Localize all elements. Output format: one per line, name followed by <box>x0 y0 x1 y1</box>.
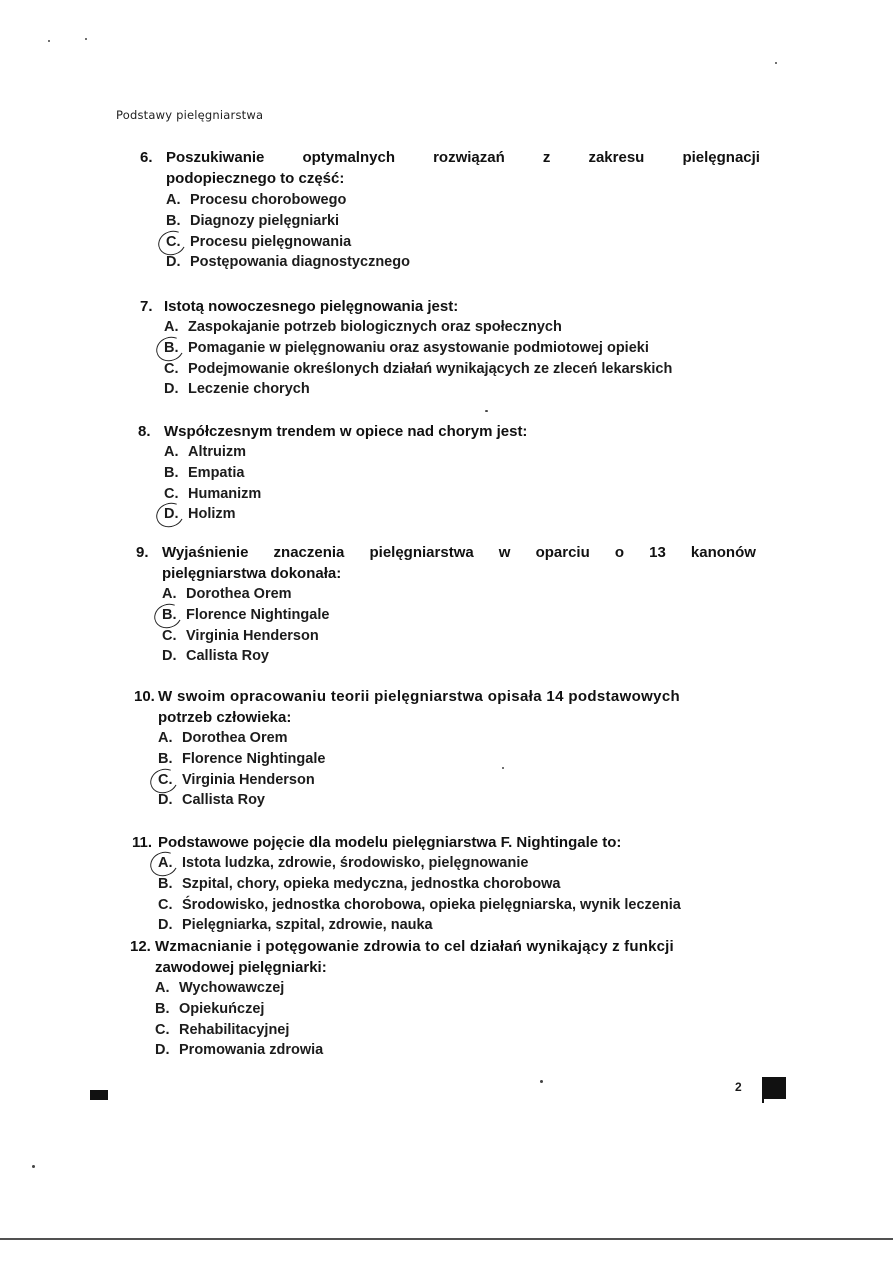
option-c[interactable]: C.Podejmowanie określonych działań wynik… <box>164 359 760 380</box>
option-c[interactable]: C.Virginia Henderson <box>162 626 756 647</box>
option-d[interactable]: D.Pielęgniarka, szpital, zdrowie, nauka <box>158 915 752 936</box>
answer-options: A.Altruizm B.Empatia C.Humanizm D.Holizm <box>164 442 758 525</box>
question-title-line2: zawodowej pielęgniarki: <box>155 957 760 978</box>
option-a[interactable]: A.Procesu chorobowego <box>166 190 760 211</box>
option-b[interactable]: B.Opiekuńczej <box>155 999 760 1020</box>
answer-options: A.Istota ludzka, zdrowie, środowisko, pi… <box>158 853 752 936</box>
question-title: Istotą nowoczesnego pielęgnowania jest: <box>164 296 760 317</box>
scan-edge-line <box>0 1238 893 1240</box>
option-d[interactable]: D.Callista Roy <box>158 790 754 811</box>
option-b[interactable]: B.Florence Nightingale <box>158 749 754 770</box>
question-8: 8. Współczesnym trendem w opiece nad cho… <box>138 421 758 525</box>
question-10: 10. W swoim opracowaniu teorii pielęgnia… <box>134 686 754 811</box>
option-a[interactable]: A.Istota ludzka, zdrowie, środowisko, pi… <box>158 853 752 874</box>
question-7: 7. Istotą nowoczesnego pielęgnowania jes… <box>140 296 760 400</box>
option-a[interactable]: A.Altruizm <box>164 442 758 463</box>
answer-options: A.Procesu chorobowego B.Diagnozy pielęgn… <box>166 190 760 273</box>
answer-options: A.Wychowawczej B.Opiekuńczej C.Rehabilit… <box>155 978 760 1061</box>
question-12: 12. Wzmacnianie i potęgowanie zdrowia to… <box>130 936 760 1061</box>
answer-options: A.Dorothea Orem B.Florence Nightingale C… <box>158 728 754 811</box>
option-b[interactable]: B.Diagnozy pielęgniarki <box>166 211 760 232</box>
option-b[interactable]: B.Empatia <box>164 463 758 484</box>
option-c[interactable]: C.Środowisko, jednostka chorobowa, opiek… <box>158 895 752 916</box>
question-title-line1: Wzmacnianie i potęgowanie zdrowia to cel… <box>155 936 760 957</box>
question-number: 12. <box>130 936 155 1061</box>
option-d[interactable]: D.Holizm <box>164 504 758 525</box>
option-d[interactable]: D.Promowania zdrowia <box>155 1040 760 1061</box>
scan-speck <box>502 767 504 769</box>
question-title: Podstawowe pojęcie dla modelu pielęgniar… <box>158 832 752 853</box>
question-title-line2: pielęgniarstwa dokonała: <box>162 563 756 584</box>
question-title-line1: Poszukiwanie optymalnych rozwiązań z zak… <box>166 147 760 168</box>
question-title: Współczesnym trendem w opiece nad chorym… <box>164 421 758 442</box>
option-a[interactable]: A.Wychowawczej <box>155 978 760 999</box>
question-title-line2: podopiecznego to część: <box>166 168 760 189</box>
document-header: Podstawy pielęgniarstwa <box>116 108 263 122</box>
question-title-line1: W swoim opracowaniu teorii pielęgniarstw… <box>158 686 754 707</box>
option-c[interactable]: C.Humanizm <box>164 484 758 505</box>
answer-options: A.Dorothea Orem B.Florence Nightingale C… <box>162 584 756 667</box>
option-d[interactable]: D.Callista Roy <box>162 646 756 667</box>
option-b[interactable]: B.Pomaganie w pielęgnowaniu oraz asystow… <box>164 338 760 359</box>
scan-speck <box>32 1165 35 1168</box>
question-11: 11. Podstawowe pojęcie dla modelu pielęg… <box>132 832 752 936</box>
question-title-line2: potrzeb człowieka: <box>158 707 754 728</box>
question-title-line1: Wyjaśnienie znaczenia pielęgniarstwa w o… <box>162 542 756 563</box>
question-number: 10. <box>134 686 158 811</box>
question-6: 6. Poszukiwanie optymalnych rozwiązań z … <box>140 147 760 273</box>
question-number: 6. <box>140 147 166 273</box>
option-b[interactable]: B.Szpital, chory, opieka medyczna, jedno… <box>158 874 752 895</box>
question-9: 9. Wyjaśnienie znaczenia pielęgniarstwa … <box>136 542 756 667</box>
scan-speck <box>540 1080 543 1083</box>
scan-speck <box>85 38 87 40</box>
answer-options: A.Zaspokajanie potrzeb biologicznych ora… <box>164 317 760 400</box>
scan-speck <box>48 40 50 42</box>
option-a[interactable]: A.Zaspokajanie potrzeb biologicznych ora… <box>164 317 760 338</box>
option-a[interactable]: A.Dorothea Orem <box>158 728 754 749</box>
option-c[interactable]: C.Virginia Henderson <box>158 770 754 791</box>
option-d[interactable]: D.Postępowania diagnostycznego <box>166 252 760 273</box>
option-b[interactable]: B.Florence Nightingale <box>162 605 756 626</box>
option-a[interactable]: A.Dorothea Orem <box>162 584 756 605</box>
option-d[interactable]: D.Leczenie chorych <box>164 379 760 400</box>
question-number: 11. <box>132 832 158 936</box>
option-c[interactable]: C.Procesu pielęgnowania <box>166 232 760 253</box>
page-number: 2 <box>735 1080 742 1094</box>
scan-speck <box>485 410 488 412</box>
scan-registration-mark-right <box>762 1077 786 1099</box>
scan-speck <box>775 62 777 64</box>
scan-registration-mark-left <box>90 1090 108 1100</box>
option-c[interactable]: C.Rehabilitacyjnej <box>155 1020 760 1041</box>
question-number: 9. <box>136 542 162 667</box>
